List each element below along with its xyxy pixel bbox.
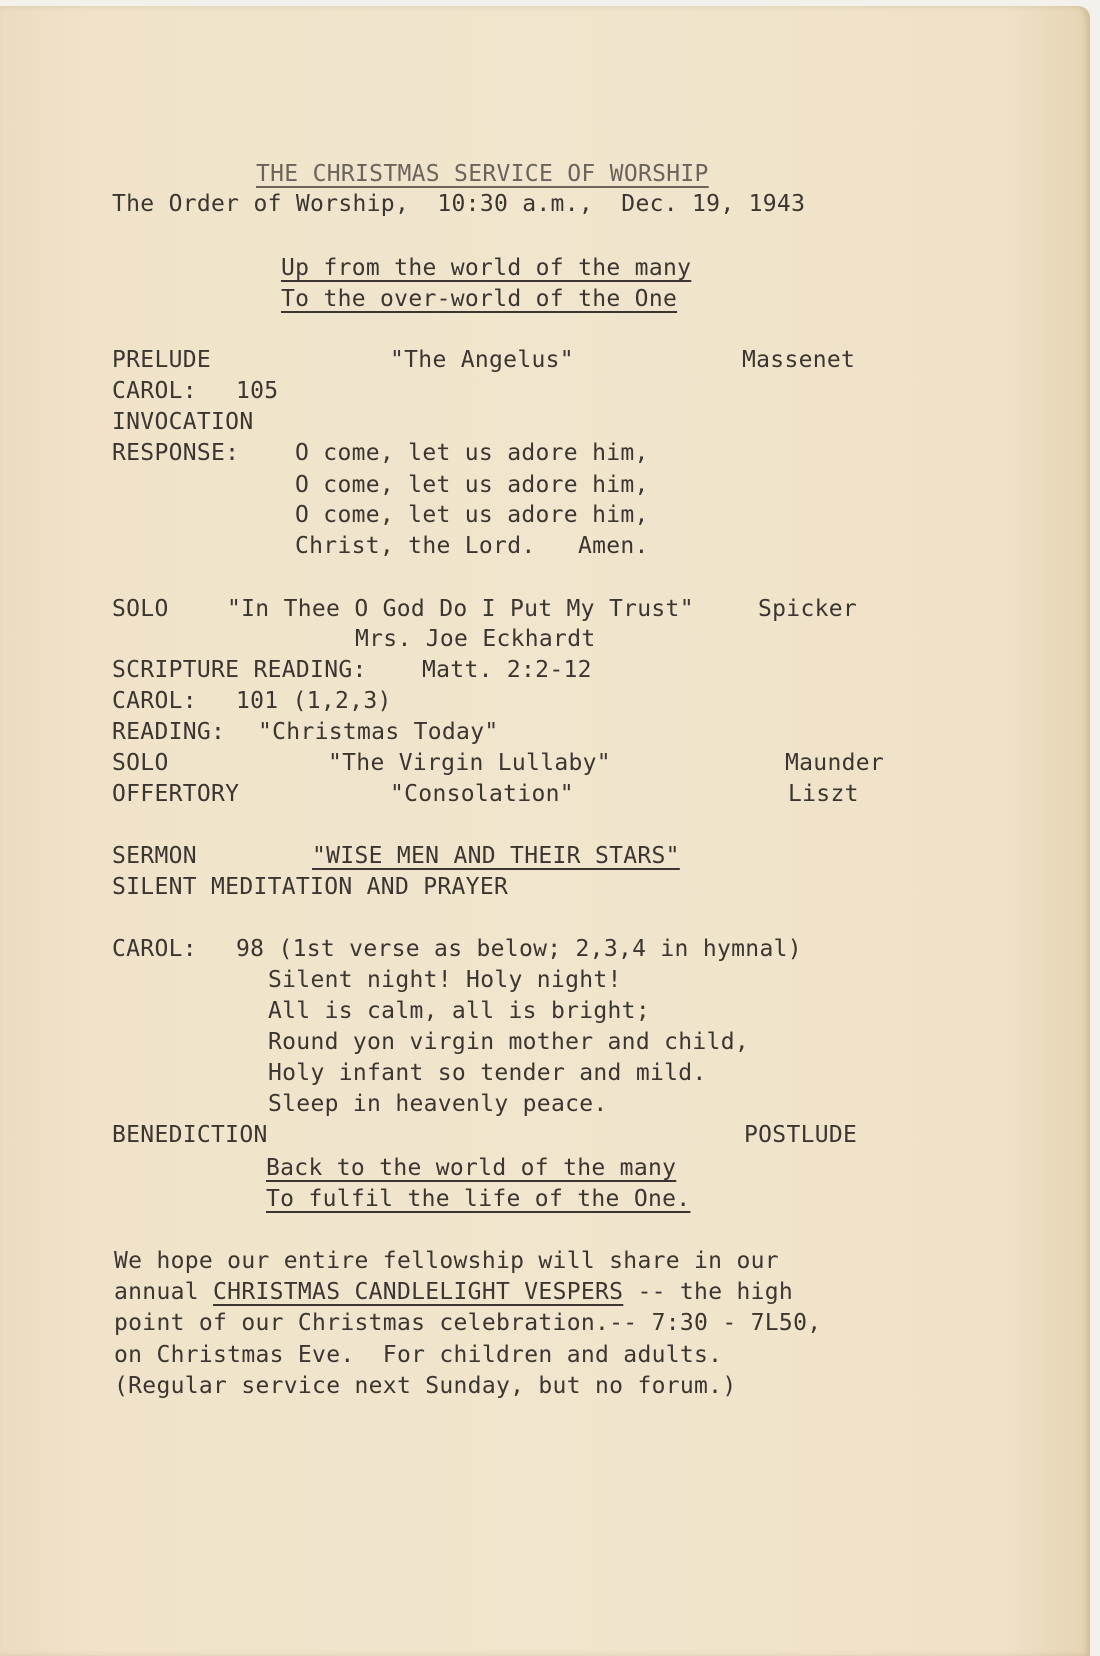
offertory-title: "Consolation" — [390, 781, 574, 807]
carol-3-line: All is calm, all is bright; — [268, 998, 650, 1024]
carol-3-line: Round yon virgin mother and child, — [268, 1029, 749, 1055]
solo-1-label: SOLO — [112, 596, 169, 622]
prelude-title: "The Angelus" — [390, 347, 574, 373]
solo-1-performer: Mrs. Joe Eckhardt — [355, 626, 596, 652]
invocation-label: INVOCATION — [112, 409, 253, 435]
announcement-text: annual — [114, 1279, 213, 1305]
announcement-line: annual CHRISTMAS CANDLELIGHT VESPERS -- … — [114, 1279, 793, 1305]
reading-title: "Christmas Today" — [258, 719, 499, 745]
solo-1-composer: Spicker — [758, 596, 857, 622]
carol-3-line: Sleep in heavenly peace. — [268, 1091, 608, 1117]
solo-2-label: SOLO — [112, 750, 169, 776]
carol-3-label: CAROL: — [112, 936, 197, 962]
prelude-label: PRELUDE — [112, 347, 211, 373]
service-title: THE CHRISTMAS SERVICE OF WORSHIP — [256, 161, 709, 187]
carol-3-line: Holy infant so tender and mild. — [268, 1060, 707, 1086]
motto-line-1: Up from the world of the many — [281, 255, 691, 281]
carol-3-line: Silent night! Holy night! — [268, 967, 622, 993]
program-page: THE CHRISTMAS SERVICE OF WORSHIP The Ord… — [0, 6, 1090, 1656]
announcement-text: -- the high — [623, 1279, 793, 1305]
offertory-composer: Liszt — [788, 781, 859, 807]
solo-2-title: "The Virgin Lullaby" — [328, 750, 611, 776]
announcement-line: (Regular service next Sunday, but no for… — [114, 1373, 736, 1399]
sermon-label: SERMON — [112, 843, 197, 869]
benediction-label: BENEDICTION — [112, 1122, 268, 1148]
announcement-line: point of our Christmas celebration.-- 7:… — [114, 1310, 821, 1336]
motto-line-2: To the over-world of the One — [281, 286, 677, 312]
carol-2-number: 101 (1,2,3) — [236, 688, 392, 714]
announcement-line: on Christmas Eve. For children and adult… — [114, 1342, 722, 1368]
service-subtitle: The Order of Worship, 10:30 a.m., Dec. 1… — [112, 191, 805, 217]
solo-2-composer: Maunder — [785, 750, 884, 776]
meditation-label: SILENT MEDITATION AND PRAYER — [112, 874, 508, 900]
prelude-composer: Massenet — [742, 347, 855, 373]
response-line: O come, let us adore him, — [295, 472, 649, 498]
scripture-ref: Matt. 2:2-12 — [422, 657, 592, 683]
carol-1-number: 105 — [236, 378, 278, 404]
solo-1-title: "In Thee O God Do I Put My Trust" — [227, 596, 694, 622]
announcement-line: We hope our entire fellowship will share… — [114, 1248, 779, 1274]
postlude-label: POSTLUDE — [744, 1122, 857, 1148]
sermon-title: "WISE MEN AND THEIR STARS" — [312, 843, 680, 869]
offertory-label: OFFERTORY — [112, 781, 239, 807]
response-line: O come, let us adore him, — [295, 440, 649, 466]
response-label: RESPONSE: — [112, 440, 239, 466]
response-line: Christ, the Lord. Amen. — [295, 533, 649, 559]
vespers-event-name: CHRISTMAS CANDLELIGHT VESPERS — [213, 1279, 623, 1305]
closing-line-1: Back to the world of the many — [266, 1155, 676, 1181]
carol-1-label: CAROL: — [112, 378, 197, 404]
carol-3-number: 98 (1st verse as below; 2,3,4 in hymnal) — [236, 936, 802, 962]
scripture-label: SCRIPTURE READING: — [112, 657, 367, 683]
closing-line-2: To fulfil the life of the One. — [266, 1186, 690, 1212]
carol-2-label: CAROL: — [112, 688, 197, 714]
response-line: O come, let us adore him, — [295, 502, 649, 528]
reading-label: READING: — [112, 719, 225, 745]
